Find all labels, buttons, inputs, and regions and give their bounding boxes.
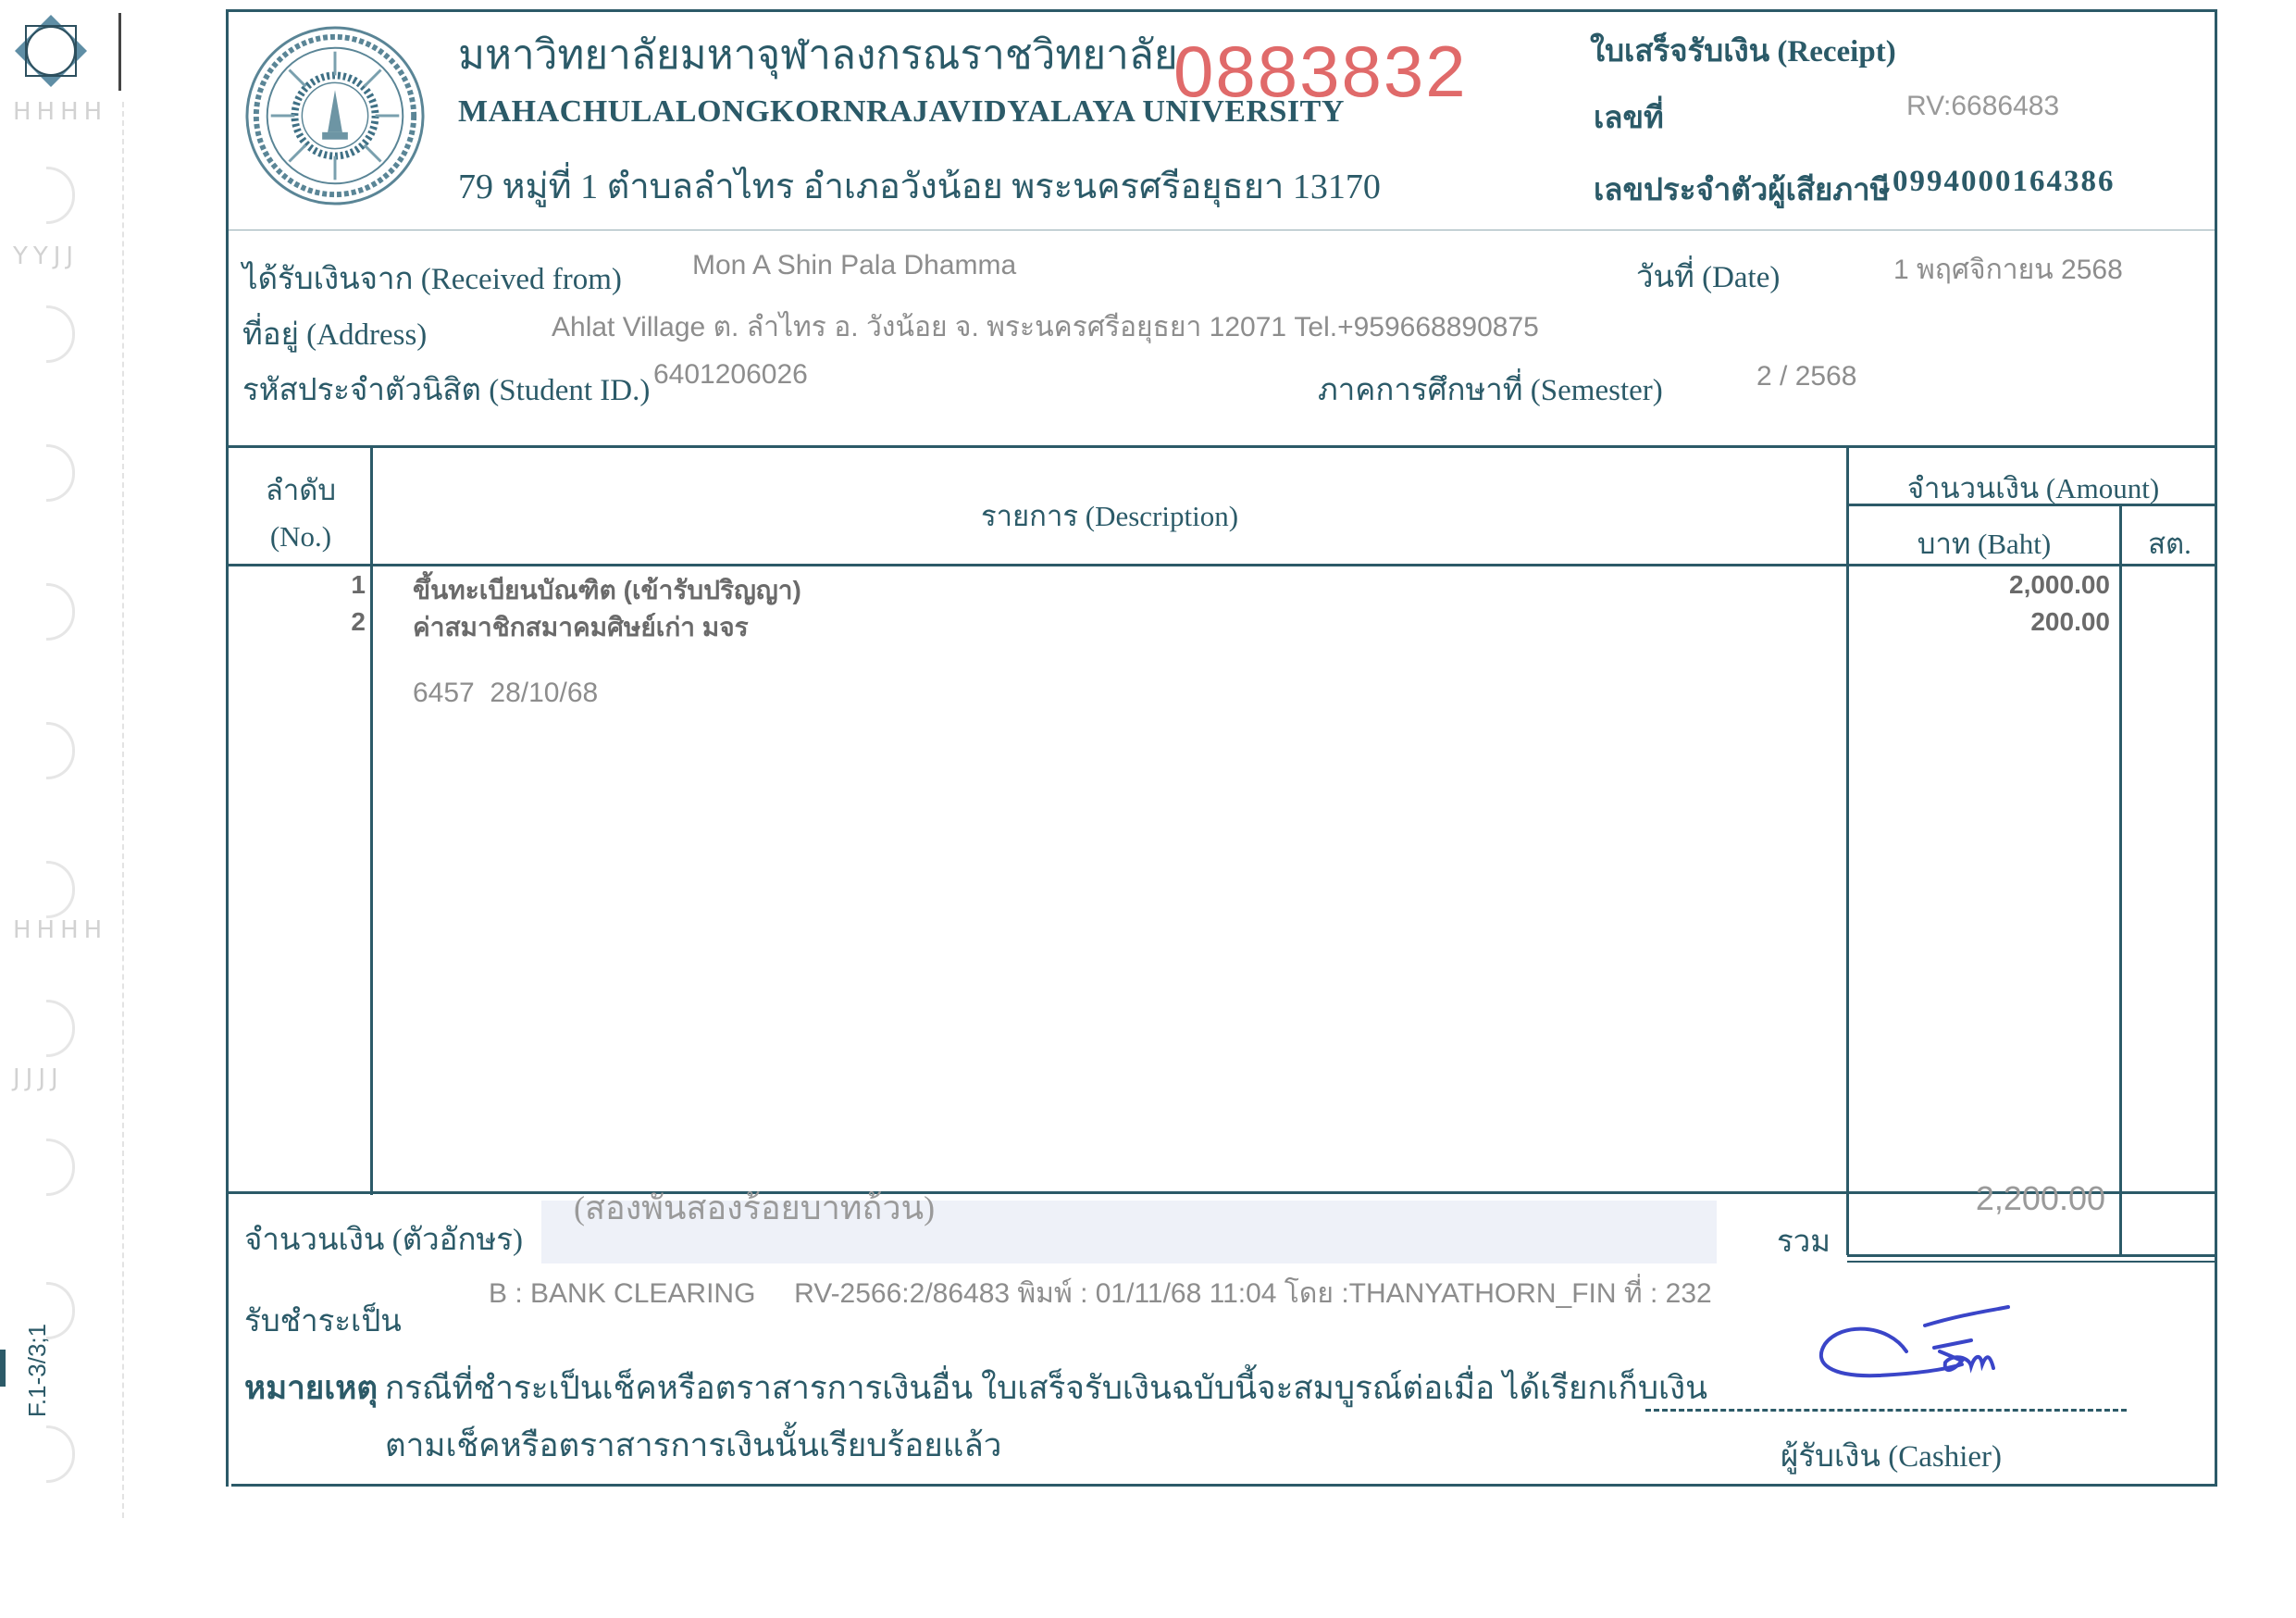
col-amount-label: จำนวนเงิน (Amount) xyxy=(1849,465,2217,511)
amount-words-value: (สองพันสองร้อยบาทถ้วน) xyxy=(574,1181,935,1234)
cashier-label: ผู้รับเงิน (Cashier) xyxy=(1781,1431,2002,1480)
col-description-label: รายการ (Description) xyxy=(373,492,1846,539)
feed-hole xyxy=(46,1425,75,1483)
receipt-no-value: RV:6686483 xyxy=(1906,91,2059,122)
form-code: F.1-3/3;1 xyxy=(23,1324,52,1417)
frame-top xyxy=(226,9,2217,12)
margin-glyph: JJJJ xyxy=(13,1064,64,1092)
perforation-line xyxy=(122,102,124,1518)
signature-line xyxy=(1645,1409,2127,1412)
form-code-bar xyxy=(0,1350,6,1387)
remarks-line-2: ตามเช็คหรือตราสารการเงินนั้นเรียบร้อยแล้… xyxy=(385,1420,1001,1471)
feed-hole xyxy=(46,722,75,779)
table-col-amount xyxy=(1846,445,1849,1255)
document-title: ใบเสร็จรับเงิน (Receipt) xyxy=(1590,26,1896,75)
item-amount: 200.00 xyxy=(1869,607,2110,637)
address-label: ที่อยู่ (Address) xyxy=(242,309,427,358)
table-row: 2 ค่าสมาชิกสมาคมศิษย์เก่า มจร 200.00 xyxy=(0,607,2296,644)
feed-hole xyxy=(46,861,75,918)
received-from-label: ได้รับเงินจาก (Received from) xyxy=(242,254,622,303)
payment-reference-note: 6457 28/10/68 xyxy=(413,678,598,709)
item-description: ค่าสมาชิกสมาคมศิษย์เก่า มจร xyxy=(413,607,749,648)
feed-hole xyxy=(46,305,75,363)
total-box-bottom-2 xyxy=(1847,1261,2217,1263)
date-label: วันที่ (Date) xyxy=(1636,252,1780,301)
semester-value: 2 / 2568 xyxy=(1756,361,1856,392)
table-top xyxy=(226,445,2217,448)
amount-words-label: จำนวนเงิน (ตัวอักษร) xyxy=(244,1214,523,1263)
feed-hole xyxy=(46,167,75,224)
header-divider xyxy=(226,230,2217,230)
item-no: 1 xyxy=(329,570,366,600)
frame-bottom xyxy=(231,1484,2217,1487)
serial-number: 0883832 xyxy=(1173,30,1468,114)
paid-by-value: B : BANK CLEARING RV-2566:2/86483 พิมพ์ … xyxy=(489,1272,1712,1315)
feed-hole xyxy=(46,1000,75,1057)
tax-id-value: 0994000164386 xyxy=(1893,165,2116,199)
received-from-value: Mon A Shin Pala Dhamma xyxy=(692,250,1016,281)
table-col-no xyxy=(370,445,373,1195)
table-row: 1 ขึ้นทะเบียนบัณฑิต (เข้ารับปริญญา) 2,00… xyxy=(0,570,2296,607)
university-name-th: มหาวิทยาลัยมหาจุฬาลงกรณราชวิทยาลัย xyxy=(458,22,1178,87)
receipt-no-label: เลขที่ xyxy=(1594,93,1664,142)
col-no-label: ลำดับ xyxy=(231,467,370,513)
total-box-bottom xyxy=(1847,1254,2217,1257)
semester-label: ภาคการศึกษาที่ (Semester) xyxy=(1318,365,1663,414)
item-amount: 2,000.00 xyxy=(1869,570,2110,600)
total-label: รวม xyxy=(1777,1216,1831,1265)
registration-mark-icon xyxy=(13,13,89,89)
margin-glyph: HHHH xyxy=(13,98,107,126)
frame-left xyxy=(226,9,229,1487)
tax-id-label: เลขประจำตัวผู้เสียภาษี xyxy=(1594,165,1890,214)
margin-glyph: HHHH xyxy=(13,916,107,944)
col-satang-label: สต. xyxy=(2122,520,2217,566)
margin-glyph: YYJJ xyxy=(13,243,79,270)
paid-by-label: รับชำระเป็น xyxy=(244,1296,402,1345)
student-id-label: รหัสประจำตัวนิสิต (Student ID.) xyxy=(242,365,650,414)
item-no: 2 xyxy=(329,607,366,637)
university-address: 79 หมู่ที่ 1 ตำบลลำไทร อำเภอวังน้อย พระน… xyxy=(458,157,1381,214)
col-baht-label: บาท (Baht) xyxy=(1849,520,2119,566)
margin-tick xyxy=(118,13,121,91)
university-seal-icon xyxy=(242,24,428,207)
address-value: Ahlat Village ต. ลำไทร อ. วังน้อย จ. พระ… xyxy=(552,305,1539,349)
cashier-signature-icon xyxy=(1805,1287,2036,1398)
student-id-value: 6401206026 xyxy=(653,359,808,391)
remarks-label: หมายเหตุ xyxy=(244,1363,378,1413)
remarks-line-1: กรณีที่ชำระเป็นเช็คหรือตราสารการเงินอื่น… xyxy=(385,1363,1707,1413)
total-value: 2,200.00 xyxy=(1883,1179,2105,1218)
feed-hole xyxy=(46,1139,75,1196)
col-no-label-en: (No.) xyxy=(231,520,370,554)
frame-right xyxy=(2215,9,2217,1487)
date-value: 1 พฤศจิกายน 2568 xyxy=(1893,248,2123,292)
item-description: ขึ้นทะเบียนบัณฑิต (เข้ารับปริญญา) xyxy=(413,570,801,611)
feed-hole xyxy=(46,444,75,502)
